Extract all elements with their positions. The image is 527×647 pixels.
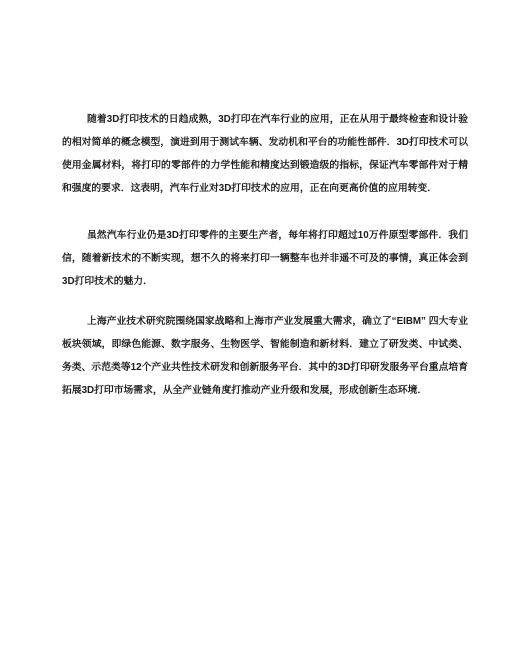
text-line: 随着3D打印技术的日趋成熟，3D打印在汽车行业的应用，正在从用于最终检查和设计验…: [62, 108, 468, 131]
text-line: 虽然汽车行业仍是3D打印零件的主要生产者，每年将打印超过10万件原型零部件．我们…: [62, 224, 468, 247]
paragraph-prototype-parts: 虽然汽车行业仍是3D打印零件的主要生产者，每年将打印超过10万件原型零部件．我们…: [62, 224, 468, 293]
text-line: 上海产业技术研究院围绕国家战略和上海市产业发展重大需求，确立了“EIBM” 四大…: [62, 310, 468, 333]
text-line: 和强度的要求．这表明，汽车行业对3D打印技术的应用，正在向更高价值的应用转变．: [62, 177, 468, 200]
paragraph-3d-printing-automotive: 随着3D打印技术的日趋成熟，3D打印在汽车行业的应用，正在从用于最终检查和设计验…: [62, 108, 468, 200]
text-line: 务类、示范类等12个产业共性技术研发和创新服务平台．其中的3D打印研发服务平台重…: [62, 356, 468, 379]
paragraph-shanghai-research-institute: 上海产业技术研究院围绕国家战略和上海市产业发展重大需求，确立了“EIBM” 四大…: [62, 310, 468, 402]
text-line: 的相对简单的概念模型，演进到用于测试车辆、发动机和平台的功能性部件．3D打印技术…: [62, 131, 468, 154]
text-line: 3D打印技术的魅力．: [62, 270, 468, 293]
document-text-block: 随着3D打印技术的日趋成熟，3D打印在汽车行业的应用，正在从用于最终检查和设计验…: [62, 108, 468, 402]
text-line: 信，随着新技术的不断实现，想不久的将来打印一辆整车也并非遥不可及的事情，真正体会…: [62, 247, 468, 270]
text-line: 拓展3D打印市场需求，从全产业链角度打推动产业升级和发展，形成创新生态环境．: [62, 379, 468, 402]
text-line: 板块领域，即绿色能源、数字服务、生物医学、智能制造和新材料．建立了研发类、中试类…: [62, 333, 468, 356]
text-line: 使用金属材料，将打印的零部件的力学性能和精度达到锻造级的指标，保证汽车零部件对于…: [62, 154, 468, 177]
document-page: 随着3D打印技术的日趋成熟，3D打印在汽车行业的应用，正在从用于最终检查和设计验…: [0, 0, 527, 647]
